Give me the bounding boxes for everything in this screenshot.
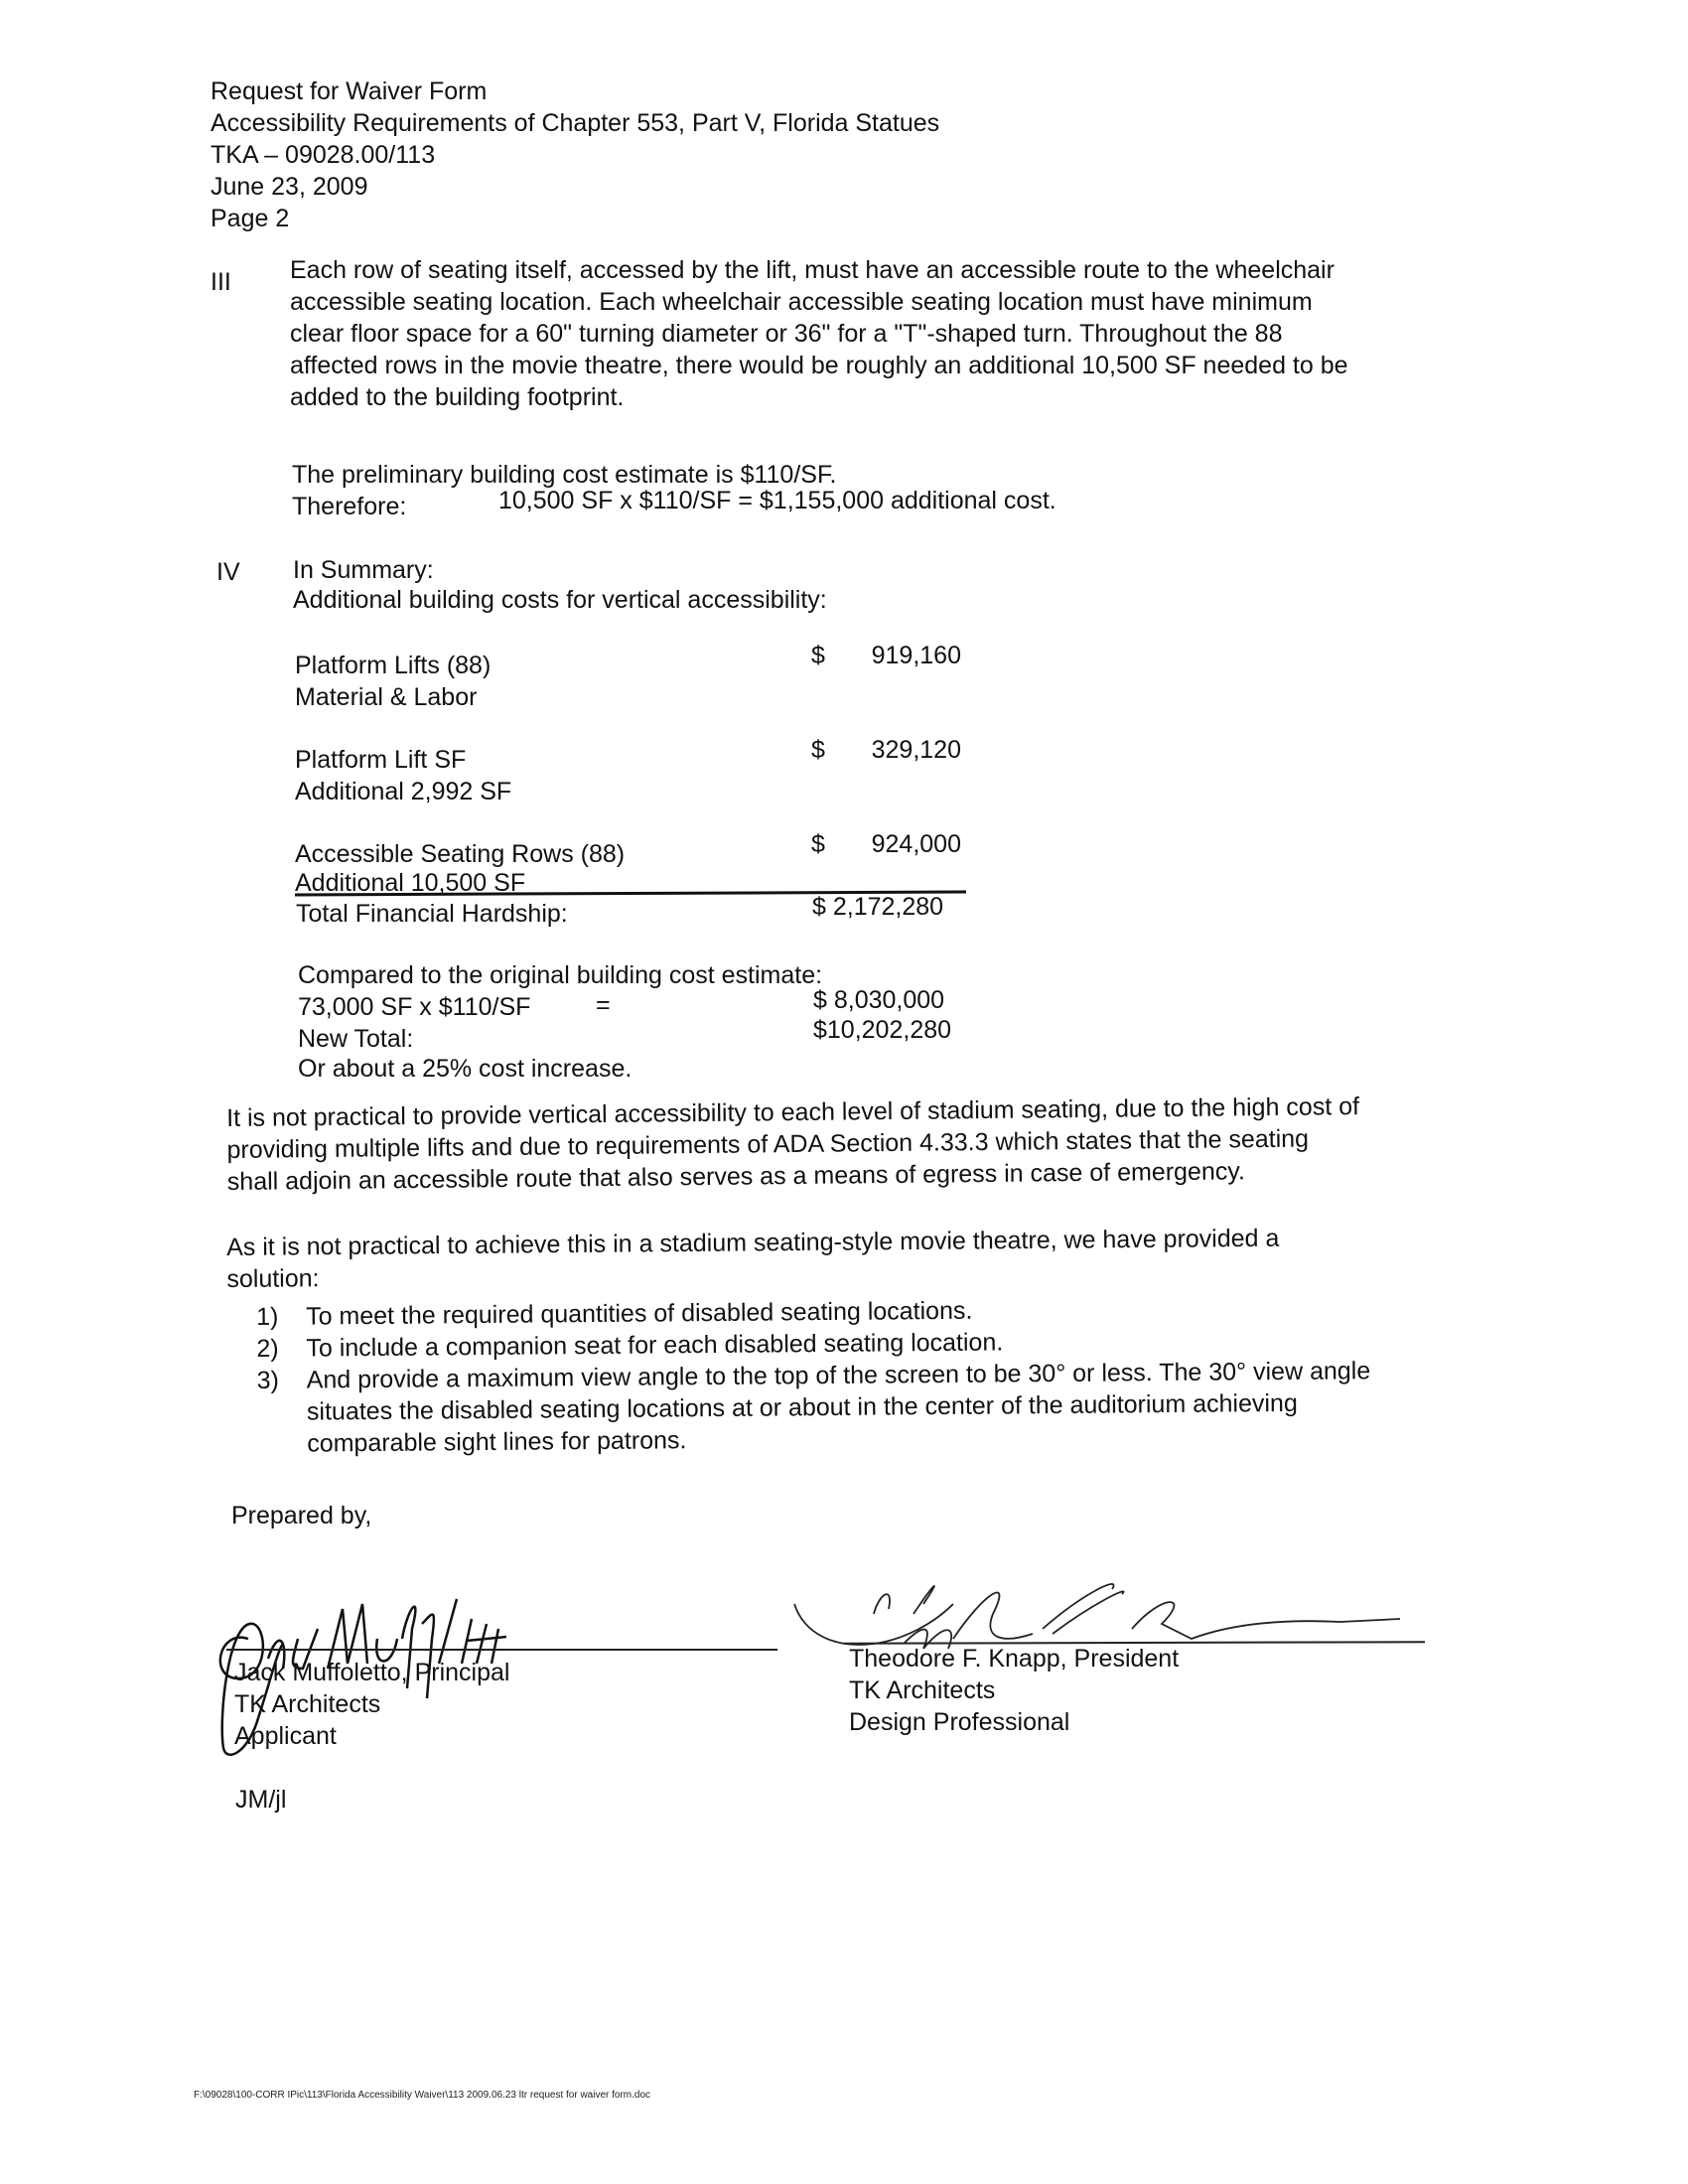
list-number: 2) (256, 1333, 279, 1365)
original-calculation: 73,000 SF x $110/SF (298, 991, 530, 1023)
item-amount: 924,000 (872, 828, 961, 860)
signer-left-role: Applicant (234, 1720, 337, 1752)
item-sublabel: Material & Labor (295, 681, 477, 713)
item-sublabel: Additional 2,992 SF (295, 776, 511, 807)
increase-note: Or about a 25% cost increase. (298, 1053, 632, 1085)
signer-right-name: Theodore F. Knapp, President (849, 1643, 1179, 1674)
header-page-number: Page 2 (211, 203, 939, 234)
item-currency: $ (811, 734, 825, 766)
compare-intro: Compared to the original building cost e… (298, 959, 822, 991)
signature-line-left (226, 1649, 777, 1651)
list-number: 3) (257, 1365, 280, 1396)
signer-right-role: Design Professional (849, 1706, 1069, 1738)
letter-header: Request for Waiver Form Accessibility Re… (211, 75, 939, 234)
item-currency: $ (811, 640, 825, 671)
paragraph-line: Each row of seating itself, accessed by … (290, 254, 1348, 286)
header-date: June 23, 2009 (211, 171, 939, 203)
typist-initials: JM/jl (235, 1784, 286, 1816)
item-currency: $ (811, 828, 825, 860)
item-label: Accessible Seating Rows (88) (295, 838, 625, 870)
list-text: comparable sight lines for patrons. (307, 1424, 686, 1459)
section-iv-numeral: IV (216, 558, 240, 587)
body-paragraph-1: It is not practical to provide vertical … (226, 1091, 1360, 1198)
therefore-label: Therefore: (292, 491, 406, 522)
original-amount: $ 8,030,000 (813, 984, 944, 1016)
header-title: Request for Waiver Form (211, 75, 939, 107)
total-amount: $ 2,172,280 (812, 891, 943, 923)
header-reference: TKA – 09028.00/113 (211, 139, 939, 171)
item-amount: 329,120 (872, 734, 961, 766)
signer-left-name: Jack Muffoletto, Principal (234, 1657, 509, 1688)
original-equals: = (596, 989, 611, 1021)
therefore-calculation: 10,500 SF x $110/SF = $1,155,000 additio… (498, 485, 1056, 516)
paragraph-line: affected rows in the movie theatre, ther… (290, 350, 1348, 381)
paragraph-line: added to the building footprint. (290, 381, 1348, 413)
item-label: Platform Lifts (88) (295, 650, 491, 681)
paragraph-line: clear floor space for a 60" turning diam… (290, 318, 1348, 350)
section-iii-numeral: III (211, 268, 231, 297)
new-total-amount: $10,202,280 (813, 1014, 951, 1046)
new-total-label: New Total: (298, 1023, 413, 1055)
item-amount: 919,160 (872, 640, 961, 671)
signer-left-company: TK Architects (234, 1688, 380, 1720)
item-label: Platform Lift SF (295, 744, 466, 776)
signer-right-company: TK Architects (849, 1674, 995, 1706)
file-path-footer: F:\09028\100-CORR IPic\113\Florida Acces… (194, 2090, 650, 2101)
summary-title: In Summary: (293, 554, 434, 586)
prepared-by-label: Prepared by, (231, 1500, 371, 1531)
section-iii-paragraph: Each row of seating itself, accessed by … (290, 254, 1348, 413)
header-subject: Accessibility Requirements of Chapter 55… (211, 107, 939, 139)
document-page: Request for Waiver Form Accessibility Re… (0, 0, 1688, 2184)
body-paragraph-2: As it is not practical to achieve this i… (226, 1223, 1280, 1295)
paragraph-line: accessible seating location. Each wheelc… (290, 286, 1348, 318)
total-label: Total Financial Hardship: (296, 898, 568, 930)
summary-subtitle: Additional building costs for vertical a… (293, 584, 827, 616)
list-number: 1) (256, 1301, 279, 1333)
